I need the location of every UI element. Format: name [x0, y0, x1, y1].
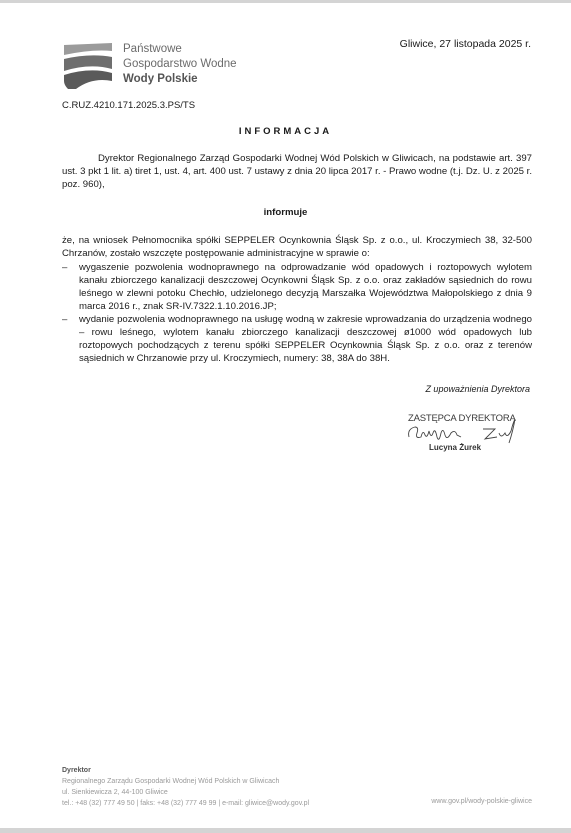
statement-paragraph: że, na wniosek Pełnomocnika spółki SEPPE… — [62, 234, 532, 260]
org-line-2: Gospodarstwo Wodne — [123, 57, 237, 72]
signature-stamp: ZASTĘPCA DYREKTORA Lucyna Żurek — [405, 413, 545, 463]
footer-line-2: ul. Sienkiewicza 2, 44-100 Gliwice — [62, 787, 309, 798]
wody-polskie-logo-icon — [62, 41, 114, 91]
org-line-3: Wody Polskie — [123, 72, 237, 87]
authority-note: Z upoważnienia Dyrektora — [425, 384, 530, 394]
list-item: – wydanie pozwolenia wodnoprawnego na us… — [62, 313, 532, 365]
dash-bullet: – — [62, 261, 67, 274]
reference-number: C.RUZ.4210.171.2025.3.PS/TS — [62, 100, 195, 111]
stamp-name: Lucyna Żurek — [429, 443, 481, 452]
footer-website: www.gov.pl/wody-polskie-gliwice — [431, 798, 532, 805]
informuje-heading: informuje — [0, 207, 571, 218]
list-item-text: wygaszenie pozwolenia wodnoprawnego na o… — [79, 262, 532, 312]
organization-name: Państwowe Gospodarstwo Wodne Wody Polski… — [123, 42, 237, 87]
document-title: INFORMACJA — [0, 126, 571, 137]
document-date: Gliwice, 27 listopada 2025 r. — [400, 38, 531, 50]
footer-contact: Dyrektor Regionalnego Zarządu Gospodarki… — [62, 765, 309, 809]
footer-title: Dyrektor — [62, 765, 309, 776]
footer-line-3: tel.: +48 (32) 777 49 50 | faks: +48 (32… — [62, 798, 309, 809]
footer-line-1: Regionalnego Zarządu Gospodarki Wodnej W… — [62, 776, 309, 787]
org-line-1: Państwowe — [123, 42, 237, 57]
list-item: – wygaszenie pozwolenia wodnoprawnego na… — [62, 261, 532, 313]
dash-bullet: – — [62, 313, 67, 326]
intro-paragraph: Dyrektor Regionalnego Zarząd Gospodarki … — [62, 152, 532, 191]
list-item-text: wydanie pozwolenia wodnoprawnego na usłu… — [79, 314, 532, 364]
matters-list: – wygaszenie pozwolenia wodnoprawnego na… — [62, 261, 532, 365]
document-page: Państwowe Gospodarstwo Wodne Wody Polski… — [0, 3, 571, 828]
